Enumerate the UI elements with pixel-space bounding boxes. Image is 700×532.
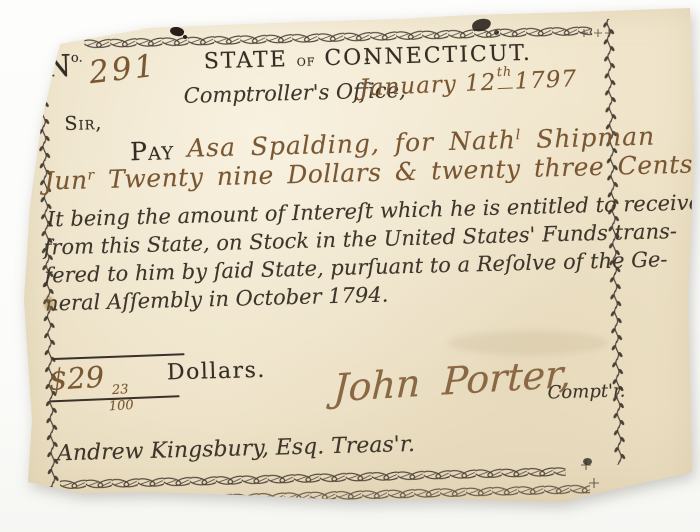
edge-ornament-crosses-left [21, 56, 32, 142]
ink-speck [583, 458, 592, 465]
salutation: Sir, [64, 112, 103, 135]
document-number-value: 291 [87, 48, 159, 91]
signature-title: Compt'r. [547, 380, 625, 403]
body-line-4: neral Aſſembly in October 1794. [45, 283, 389, 316]
signature-handwritten: John Porter, [333, 352, 573, 411]
document-number-label: No. [44, 49, 83, 85]
scanned-document-image: No. 291 STATE of CONNECTICUT. Comptrolle… [0, 0, 700, 532]
dollars-label: Dollars. [167, 358, 266, 386]
ink-speck [365, 58, 369, 61]
date-handwritten: January 12th1797 [359, 65, 578, 102]
treasurer-line: Andrew Kingsbury, Esq. Treas'r. [57, 432, 415, 466]
ink-speck [183, 35, 187, 39]
faded-ghost-smudge [448, 331, 608, 355]
printed-frame: No. 291 STATE of CONNECTICUT. Comptrolle… [32, 12, 636, 501]
amount-figures-handwritten: $2923100 [48, 358, 134, 417]
paper-sheet: No. 291 STATE of CONNECTICUT. Comptrolle… [20, 6, 696, 508]
pay-label: Pay [130, 136, 175, 166]
ink-speck [494, 30, 499, 35]
paper-shadow-wrap: No. 291 STATE of CONNECTICUT. Comptrolle… [20, 6, 696, 508]
paper-stain [44, 296, 54, 311]
